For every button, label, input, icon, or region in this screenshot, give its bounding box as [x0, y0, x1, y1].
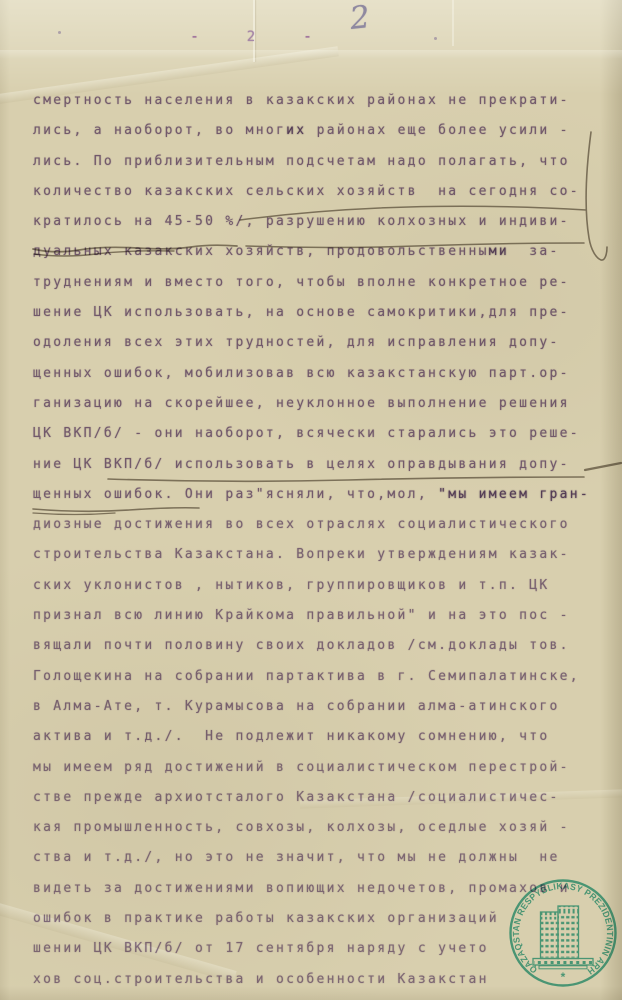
pencil-margin-dash	[585, 463, 621, 470]
typed-line: строительства Казакстана. Вопреки утверж…	[33, 540, 590, 570]
typed-text-block: смертность населения в казакских районах…	[33, 86, 590, 995]
typed-line: дуальных казакских хозяйств, продовольст…	[33, 237, 590, 267]
page-number-dash: -	[190, 27, 199, 45]
typed-line: лись. По приблизительным подсчетам надо …	[33, 147, 590, 177]
typed-line: лись, а наоборот, во многих районах еще …	[33, 116, 590, 146]
typed-line: актива и т.д./. Не подлежит никакому сом…	[33, 722, 590, 752]
page-number-dash: -	[303, 27, 312, 45]
typed-line: труднениям и вместо того, чтобы вполне к…	[33, 268, 590, 298]
typed-line: мы имеем ряд достижений в социалистическ…	[33, 753, 590, 783]
typed-line: щенных ошибок. Они раз"ясняли, что,мол, …	[33, 480, 590, 510]
document-page: - 2 - 2 смертность населения в казакских…	[0, 0, 622, 1000]
ink-speck	[58, 31, 61, 34]
typed-line: ошибок в практике работы казакских орган…	[33, 904, 590, 934]
handwritten-page-number: 2	[348, 0, 371, 37]
typed-line: ских уклонистов , нытиков, группировщико…	[33, 571, 590, 601]
ink-speck	[434, 37, 437, 40]
typed-line: вящали почти половину своих докладов /см…	[33, 631, 590, 661]
typed-line: стве прежде архиотсталого Казакстана /со…	[33, 783, 590, 813]
typed-line: признал всю линию Крайкома правильной" и…	[33, 601, 590, 631]
typed-line: ганизацию на скорейшее, неуклонное выпол…	[33, 389, 590, 419]
page-number-digit: 2	[247, 29, 255, 45]
typed-line: Голощекина на собрании партактива в г. С…	[33, 662, 590, 692]
typed-line: количество казакских сельских хозяйств н…	[33, 177, 590, 207]
typed-line: шение ЦК использовать, на основе самокри…	[33, 298, 590, 328]
typed-line: кая промышленность, совхозы, колхозы, ос…	[33, 813, 590, 843]
typed-line: кратилось на 45-50 %/, разрушению колхоз…	[33, 207, 590, 237]
typed-line: ние ЦК ВКП/б/ использовать в целях оправ…	[33, 450, 590, 480]
paper-crease	[0, 50, 622, 59]
paper-crease	[452, 0, 454, 46]
typed-line: видеть за достижениями вопиющих недочето…	[33, 874, 590, 904]
typed-line: в Алма-Ате, т. Курамысова на собрании ал…	[33, 692, 590, 722]
typed-line: одоления всех этих трудностей, для испра…	[33, 328, 590, 358]
typed-line: шении ЦК ВКП/б/ от 17 сентября наряду с …	[33, 934, 590, 964]
typed-line: ЦК ВКП/б/ - они наоборот, всячески стара…	[33, 419, 590, 449]
typed-line: смертность населения в казакских районах…	[33, 86, 590, 116]
typed-line: диозные достижения во всех отраслях соци…	[33, 510, 590, 540]
typed-line: ства и т.д./, но это не значит, что мы н…	[33, 843, 590, 873]
typed-line: щенных ошибок, мобилизовав всю казакстан…	[33, 359, 590, 389]
typed-line: хов соц.строительства и особенности Каза…	[33, 965, 590, 995]
typed-page-number: - 2 -	[190, 27, 312, 45]
